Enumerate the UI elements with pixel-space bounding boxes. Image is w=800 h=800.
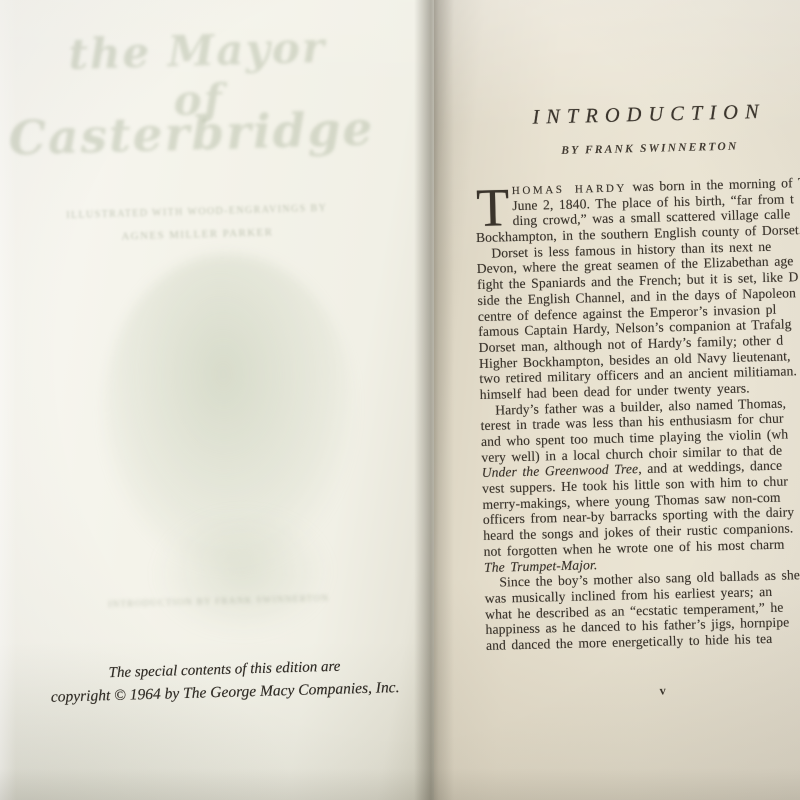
ghost-credit-line-2: AGNES MILLER PARKER xyxy=(27,224,367,245)
paragraph-2: Dorset is less famous in history than it… xyxy=(476,237,800,402)
right-page-content: INTRODUCTION BY FRANK SWINNERTON T HOMAS… xyxy=(470,0,800,800)
ghost-credit-line-1: ILLUSTRATED WITH WOOD-ENGRAVINGS BY xyxy=(27,202,367,222)
left-page: the Mayor of Casterbridge ILLUSTRATED WI… xyxy=(0,0,434,800)
left-page-content: the Mayor of Casterbridge ILLUSTRATED WI… xyxy=(0,0,445,800)
paragraph-4: Since the boy’s mother also sang old bal… xyxy=(484,567,800,654)
paragraph-1: T HOMAS HARDY was born in the morning of… xyxy=(475,174,800,245)
paragraph-3: Hardy’s father was a builder, also named… xyxy=(480,394,800,575)
copyright-line-2: copyright © 1964 by The George Macy Comp… xyxy=(8,678,442,708)
page-number: v xyxy=(487,679,800,703)
byline: BY FRANK SWINNERTON xyxy=(474,138,800,159)
drop-cap: T xyxy=(476,184,510,231)
chapter-heading: INTRODUCTION xyxy=(473,99,800,131)
ghost-title-line-2: Casterbridge xyxy=(8,102,365,167)
page-gutter-shadow xyxy=(414,0,454,800)
right-page: INTRODUCTION BY FRANK SWINNERTON T HOMAS… xyxy=(434,0,800,800)
body-text: T HOMAS HARDY was born in the morning of… xyxy=(475,174,800,653)
